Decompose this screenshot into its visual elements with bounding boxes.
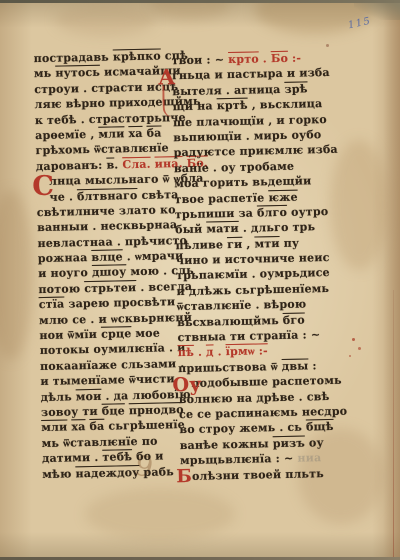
manuscript-line: Болѣзни твоей пльть bbox=[180, 465, 336, 484]
text-run: радуѥтсе приѥмлѥ изба bbox=[173, 143, 337, 159]
text-run: ше плачющїи , и горко bbox=[173, 113, 327, 129]
initial-letter: Б bbox=[176, 468, 192, 484]
text-run: к тебѣ . страстотрьпче bbox=[35, 111, 186, 127]
text-run: нои ѿмїи bbox=[39, 328, 101, 342]
text-run: ванныи . несквьрнаа bbox=[37, 218, 177, 234]
text-run: ствныа ти странїа : ~ bbox=[177, 328, 320, 344]
manuscript-line: бый мати . дльго трь bbox=[175, 219, 331, 238]
text-run: и ноуго bbox=[38, 266, 92, 280]
text-run: трьпаѥмїи . оумрьдисе bbox=[176, 266, 330, 282]
stain bbox=[0, 190, 34, 360]
ink-speck bbox=[358, 347, 361, 350]
manuscript-photo: 115 9 пострадавь крѣпко спѣмь нутось исм… bbox=[0, 0, 400, 560]
text-run: грѣхомь ѿставлѥнїе bbox=[35, 142, 168, 158]
text-run: двы bbox=[282, 359, 309, 373]
text-run: блтвнаго bbox=[77, 188, 138, 202]
text-run: Бо bbox=[271, 52, 288, 65]
text-run: . bbox=[259, 52, 271, 65]
text-run: мои bbox=[76, 389, 102, 403]
text-run: рожнаа bbox=[38, 251, 92, 265]
text-column-right: твои : ~ крто . Бо :-Агньца и пастыра и … bbox=[172, 50, 337, 484]
text-column-left: пострадавь крѣпко спѣмь нутось исмачайши… bbox=[33, 48, 172, 487]
manuscript-line: Слнца мысльнаго ѿ ѡбла bbox=[36, 172, 166, 190]
text-run: , bbox=[242, 237, 254, 250]
text-run: крѣпко bbox=[113, 49, 161, 63]
text-run: ба bbox=[89, 420, 104, 433]
text-run: зовоу ти bbox=[41, 405, 102, 419]
text-run: пу bbox=[280, 236, 300, 249]
text-run: мли bbox=[41, 421, 67, 435]
text-run: потокы оумилѥнїа . и bbox=[40, 341, 186, 357]
text-run: надеждоу bbox=[75, 466, 139, 480]
page-corner-shadow bbox=[354, 0, 400, 20]
text-run: бщѣ bbox=[306, 420, 334, 434]
initial-letter: С bbox=[32, 172, 54, 202]
text-run: , вьсклица bbox=[248, 97, 323, 112]
text-run: мое bbox=[131, 327, 160, 341]
manuscript-line: радуѥтсе приѥмлѥ изба bbox=[173, 142, 329, 161]
manuscript-text-block: пострадавь крѣпко спѣмь нутось исмачайши… bbox=[33, 45, 336, 487]
text-run: покаанїаже сльзами . bbox=[40, 357, 185, 373]
text-run: стїа bbox=[39, 298, 65, 312]
text-run: мти bbox=[254, 237, 279, 251]
text-run: свѣта bbox=[137, 188, 178, 202]
text-run: пѣливе bbox=[175, 238, 227, 252]
text-run: сьгрѣшенїе bbox=[104, 418, 185, 433]
text-run: подобывше распетомь bbox=[191, 374, 342, 390]
text-run: ризъ bbox=[273, 436, 305, 450]
text-run: зрѣ bbox=[284, 82, 307, 95]
text-run: . ѡмрачи bbox=[123, 249, 184, 263]
text-run: ванѣе кожны bbox=[180, 437, 273, 452]
text-run: вьсхвалющймь bbox=[177, 314, 283, 329]
text-run: крто bbox=[228, 52, 259, 66]
text-run: бый bbox=[175, 223, 206, 237]
text-run: . дльго трь bbox=[239, 221, 316, 236]
text-run: мь ѿставлѥнїе по bbox=[42, 434, 158, 449]
text-run: бце bbox=[102, 404, 125, 417]
text-run: пришьствова ѿ bbox=[178, 360, 282, 375]
ink-speck bbox=[352, 338, 355, 341]
text-run: нутось bbox=[55, 66, 100, 80]
text-run: олѣзни твоей пльть bbox=[192, 467, 324, 483]
text-run: и тыменїаме ѿчисти bbox=[40, 372, 175, 388]
text-run: мрьщьвлѥнїа : ~ bbox=[180, 452, 294, 467]
stain bbox=[150, 0, 230, 20]
text-run: свѣтилниче злато ко bbox=[37, 203, 176, 219]
text-run: оу bbox=[305, 436, 324, 449]
page-right-edge-shading bbox=[383, 0, 400, 560]
text-run: трьпиши за bbox=[175, 206, 257, 221]
manuscript-line: Агньца и пастыра и изба bbox=[172, 65, 328, 84]
text-run: щи на bbox=[173, 99, 217, 113]
initial-letter: Оу bbox=[172, 374, 202, 397]
text-run: срце bbox=[101, 327, 132, 341]
stain bbox=[330, 140, 388, 270]
text-run: зарею просвѣти bbox=[64, 295, 175, 310]
text-run: и длѣжь сьгрѣшенїемь bbox=[176, 282, 329, 298]
text-run: . bbox=[114, 158, 122, 171]
text-run: невластнаа . прѣчисто bbox=[37, 234, 187, 250]
page-edge-line bbox=[393, 290, 394, 557]
initial-flourish bbox=[162, 86, 173, 118]
text-run: дѣль bbox=[41, 390, 76, 404]
text-run: прнодво bbox=[129, 403, 184, 417]
text-run: дшоу bbox=[92, 266, 127, 280]
stain bbox=[85, 488, 235, 540]
text-run: : bbox=[308, 359, 317, 372]
text-run: ба bbox=[147, 126, 162, 139]
text-run: твои : ~ bbox=[172, 53, 229, 67]
text-run: ниа bbox=[293, 451, 321, 465]
ink-speck bbox=[349, 355, 351, 357]
text-run: пѣ bbox=[178, 346, 194, 359]
text-run: вьпиющїи . мирь оубо bbox=[173, 128, 321, 144]
text-run: їрмѡ :- bbox=[226, 345, 268, 359]
text-run: потою bbox=[38, 282, 84, 296]
text-run: блго bbox=[257, 206, 287, 220]
text-run: гньца и пастыра и изба bbox=[172, 66, 330, 82]
text-run: мати bbox=[206, 222, 239, 236]
text-run: датими . bbox=[42, 451, 103, 465]
text-run: . bbox=[194, 346, 206, 359]
manuscript-line: Оуподобывше распетомь bbox=[178, 373, 334, 392]
text-run: кртѣ bbox=[217, 99, 248, 113]
text-run: :- bbox=[288, 52, 301, 65]
text-run: оутро bbox=[287, 205, 329, 219]
text-run: влце bbox=[91, 250, 123, 264]
text-run: твое распетїе bbox=[174, 191, 268, 206]
text-run: бго bbox=[283, 313, 305, 326]
text-run: во строу жемь . сь bbox=[179, 421, 306, 437]
text-run: бо и bbox=[132, 450, 164, 464]
text-run: пострадавь bbox=[33, 50, 113, 65]
text-run: мѣю bbox=[42, 467, 75, 481]
text-run: ха bbox=[128, 127, 142, 140]
text-run: ѥже bbox=[268, 190, 298, 204]
text-run: строуи . страсти исцѣ bbox=[34, 80, 178, 96]
text-run: ѿставлѥнїе . вѣрою bbox=[177, 298, 307, 314]
text-run: Сла. bbox=[122, 157, 151, 171]
text-run: млю се . и ѡсквьрнѥнй bbox=[39, 311, 192, 327]
text-run: мли bbox=[98, 127, 124, 141]
text-run: мь bbox=[34, 67, 56, 80]
photo-top-edge bbox=[0, 0, 400, 3]
text-run: тебѣ bbox=[102, 450, 132, 464]
text-run: ги bbox=[227, 237, 243, 250]
text-run: вытеля . агница bbox=[172, 83, 284, 98]
text-run: стрьтеи bbox=[84, 281, 136, 295]
stain bbox=[55, 4, 155, 36]
text-run: ха bbox=[71, 420, 85, 433]
text-run: арѳемїе , bbox=[35, 128, 98, 142]
text-run: . bbox=[214, 346, 226, 359]
text-run: рабь bbox=[139, 465, 174, 479]
manuscript-line: мѣю надеждоу рабь bbox=[42, 464, 172, 482]
text-run: чино и источниче неис bbox=[176, 251, 330, 267]
